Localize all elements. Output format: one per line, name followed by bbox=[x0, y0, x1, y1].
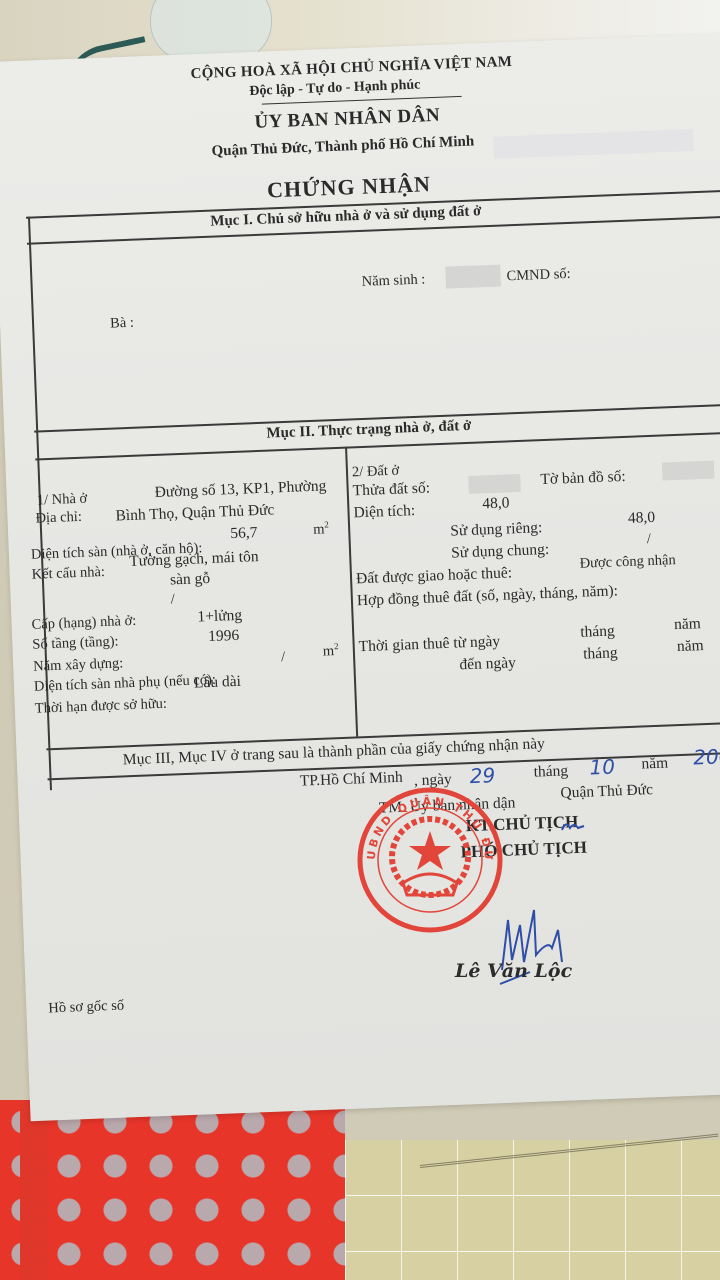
star-icon bbox=[409, 831, 451, 870]
lease-to-label: đến ngày bbox=[459, 654, 516, 674]
address-line1: Đường số 13, KP1, Phường bbox=[154, 477, 326, 502]
floor-area-unit: m2 bbox=[313, 519, 329, 538]
month-value: 10 bbox=[589, 755, 615, 780]
parcel-label: Thửa đất số: bbox=[352, 479, 430, 500]
shared-use-value: / bbox=[646, 531, 651, 548]
address-label: Địa chỉ: bbox=[35, 509, 82, 528]
house-heading: 1/ Nhà ở bbox=[37, 491, 88, 510]
birth-year-label: Năm sinh : bbox=[361, 271, 425, 290]
header-motto: Độc lập - Tự do - Hạnh phúc bbox=[249, 78, 421, 101]
lease-from-label: Thời gian thuê từ ngày bbox=[358, 633, 500, 656]
lease-from-month-label: tháng bbox=[580, 622, 615, 641]
floors-value: 1+lửng bbox=[197, 607, 242, 627]
lease-from-year-label: năm bbox=[674, 615, 701, 634]
lease-to-month-label: tháng bbox=[583, 644, 618, 663]
private-use-value: 48,0 bbox=[628, 509, 656, 528]
parcel-redacted bbox=[468, 474, 521, 494]
tile-surface bbox=[345, 1140, 720, 1280]
address-line2: Bình Thọ, Quận Thủ Đức bbox=[115, 501, 275, 525]
floor-area-value: 56,7 bbox=[230, 524, 258, 543]
lease-to-year-label: năm bbox=[677, 637, 704, 656]
map-sheet-redacted bbox=[662, 461, 715, 481]
allocation-value: Được công nhận bbox=[579, 552, 676, 573]
red-crate-object bbox=[0, 1100, 345, 1280]
allocation-label: Đất được giao hoặc thuê: bbox=[356, 564, 513, 588]
structure-line2: sàn gỗ bbox=[170, 570, 211, 590]
aux-area-value: / bbox=[281, 649, 286, 666]
year-value: 2007 bbox=[693, 744, 720, 770]
grade-value: / bbox=[170, 591, 175, 608]
initials-scribble bbox=[560, 818, 586, 836]
header-district: Quận Thủ Đức, Thành phố Hồ Chí Minh bbox=[211, 133, 474, 160]
ownership-term-value: Lâu dài bbox=[194, 673, 242, 693]
official-seal: UBND QUẬN THỦ ĐỨC TP HCM bbox=[355, 785, 505, 935]
floors-label: Số tầng (tầng): bbox=[32, 633, 119, 653]
file-number-label: Hồ sơ gốc số bbox=[48, 998, 124, 1018]
land-area-value: 48,0 bbox=[482, 494, 510, 513]
header-republic: CỘNG HOÀ XÃ HỘI CHỦ NGHĨA VIỆT NAM bbox=[190, 54, 512, 83]
month-label: tháng bbox=[533, 762, 568, 781]
aux-area-unit: m2 bbox=[322, 641, 338, 660]
grade-label: Cấp (hạng) nhà ở: bbox=[31, 613, 136, 634]
id-label: CMND số: bbox=[506, 266, 571, 285]
signer-name: Lê Văn Lộc bbox=[455, 960, 572, 982]
shared-use-label: Sử dụng chung: bbox=[451, 541, 550, 563]
owner-label: Bà : bbox=[110, 315, 134, 333]
ownership-term-label: Thời hạn được sở hữu: bbox=[35, 696, 168, 718]
structure-line1: Tường gạch, mái tôn bbox=[129, 548, 259, 571]
on-behalf-district: Quận Thủ Đức bbox=[560, 781, 653, 803]
redacted-area bbox=[493, 129, 694, 159]
header-committee: ỦY BAN NHÂN DÂN bbox=[254, 105, 440, 134]
birth-year-redacted bbox=[445, 265, 501, 289]
land-heading: 2/ Đất ở bbox=[352, 463, 400, 482]
certificate-paper: CỘNG HOÀ XÃ HỘI CHỦ NGHĨA VIỆT NAM Độc l… bbox=[0, 33, 720, 1121]
document-title: CHỨNG NHẬN bbox=[267, 171, 432, 203]
year-built-value: 1996 bbox=[208, 627, 240, 646]
year-built-label: Năm xây dựng: bbox=[33, 655, 124, 675]
map-sheet-label: Tờ bản đồ số: bbox=[540, 468, 626, 489]
year-label: năm bbox=[641, 754, 668, 773]
aux-area-label: Diện tích sàn nhà phụ (nếu có): bbox=[34, 672, 217, 696]
land-area-label: Diện tích: bbox=[353, 502, 415, 522]
structure-label: Kết cấu nhà: bbox=[31, 564, 105, 584]
private-use-label: Sử dụng riêng: bbox=[450, 519, 543, 541]
red-crate-edge bbox=[20, 1100, 48, 1280]
